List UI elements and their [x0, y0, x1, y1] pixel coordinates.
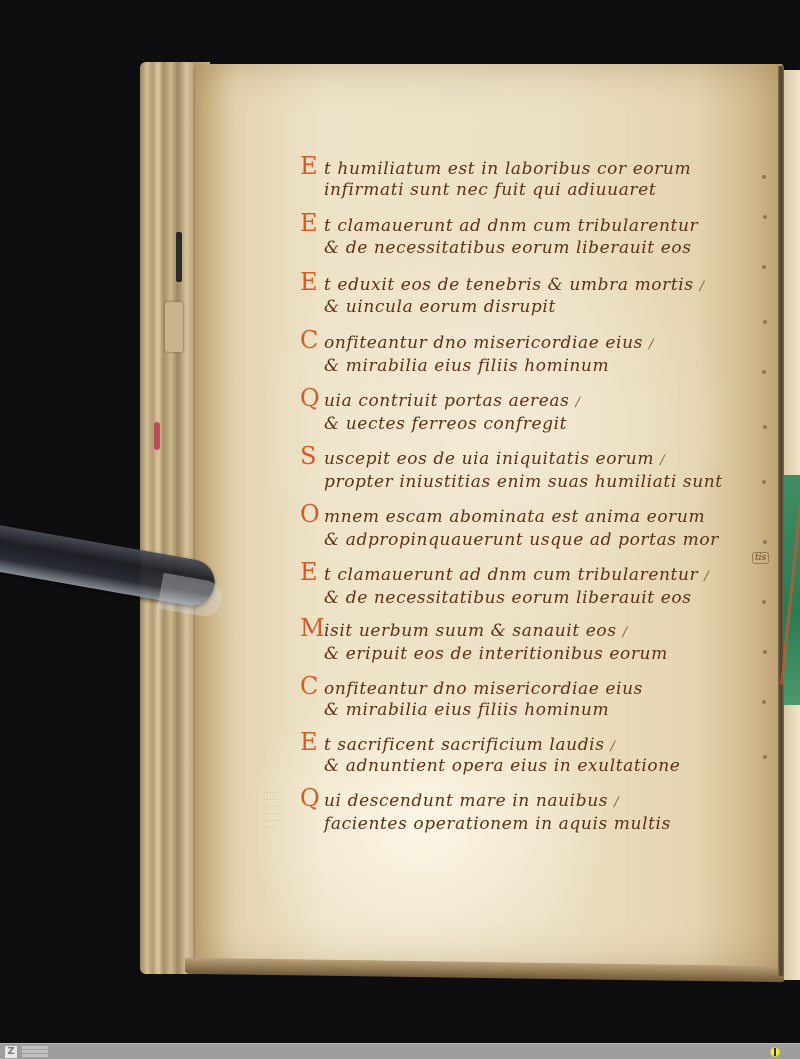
text-line: infirmati sunt nec fuit qui adiuuaret — [300, 180, 656, 200]
footer-bar: Z — [0, 1043, 800, 1059]
text-line: facientes operationem in aquis multis — [300, 814, 671, 834]
rubric-initial: M — [300, 614, 322, 642]
pricking — [763, 215, 767, 219]
margin-correction: tis — [752, 552, 769, 564]
facing-page — [784, 70, 800, 980]
text-line: Suscepit eos de uia iniquitatis eorum/ — [300, 442, 665, 470]
binding-gap — [176, 232, 182, 282]
text-line: Confiteantur dno misericordiae eius/ — [300, 326, 654, 354]
text-line: Et clamauerunt ad dnm cum tribularentur — [300, 209, 698, 237]
institution-logo-icon: Z — [5, 1046, 17, 1058]
pricking — [763, 540, 767, 544]
pricking — [763, 650, 767, 654]
text-line: & uincula eorum disrupit — [300, 297, 556, 317]
text-line: & adpropinquauerunt usque ad portas mor — [300, 530, 719, 550]
text-line: Qui descendunt mare in nauibus/ — [300, 784, 619, 812]
rubric-initial: S — [300, 442, 322, 470]
rubric-initial: O — [300, 500, 322, 528]
rubric-initial: E — [300, 152, 322, 180]
text-line: Et clamauerunt ad dnm cum tribularentur/ — [300, 558, 709, 586]
text-line: Omnem escam abominata est anima eorum — [300, 500, 705, 528]
text-line: Et eduxit eos de tenebris & umbra mortis… — [300, 268, 705, 296]
rubric-initial: E — [300, 209, 322, 237]
institution-label — [22, 1046, 48, 1058]
rubric-initial: E — [300, 268, 322, 296]
illumination-fragment — [784, 475, 800, 705]
rubric-initial: Q — [300, 384, 322, 412]
text-line: Confiteantur dno misericordiae eius — [300, 672, 643, 700]
rubric-initial: E — [300, 558, 322, 586]
text-line: Et humiliatum est in laboribus cor eorum — [300, 152, 691, 180]
pricking — [763, 755, 767, 759]
marginal-note: · · · · · · · · · · · · · · · · · · · · … — [264, 790, 310, 832]
pricking — [762, 600, 766, 604]
text-line: & eripuit eos de interitionibus eorum — [300, 644, 668, 664]
pricking — [762, 480, 766, 484]
rubric-initial: E — [300, 728, 322, 756]
text-line: & adnuntient opera eius in exultatione — [300, 756, 680, 776]
viewer-canvas: Et humiliatum est in laboribus cor eorum… — [0, 0, 800, 1040]
pricking — [762, 175, 766, 179]
rubric-initial: C — [300, 672, 322, 700]
text-line: & de necessitatibus eorum liberauit eos — [300, 238, 692, 258]
pricking — [763, 425, 767, 429]
text-line: Et sacrificent sacrificium laudis/ — [300, 728, 616, 756]
page-tab — [165, 302, 183, 352]
text-line: Misit uerbum suum & sanauit eos/ — [300, 614, 628, 642]
pricking — [762, 370, 766, 374]
red-bookmark — [154, 422, 160, 450]
text-line: Quia contriuit portas aereas/ — [300, 384, 580, 412]
pricking — [762, 700, 766, 704]
rubric-initial: C — [300, 326, 322, 354]
license-badge-icon — [770, 1047, 780, 1057]
text-line: & mirabilia eius filiis hominum — [300, 700, 609, 720]
pricking — [762, 265, 766, 269]
text-line: & de necessitatibus eorum liberauit eos — [300, 588, 692, 608]
pricking — [763, 320, 767, 324]
text-line: & mirabilia eius filiis hominum — [300, 356, 609, 376]
text-line: propter iniustitias enim suas humiliati … — [300, 472, 723, 492]
text-line: & uectes ferreos confregit — [300, 414, 567, 434]
